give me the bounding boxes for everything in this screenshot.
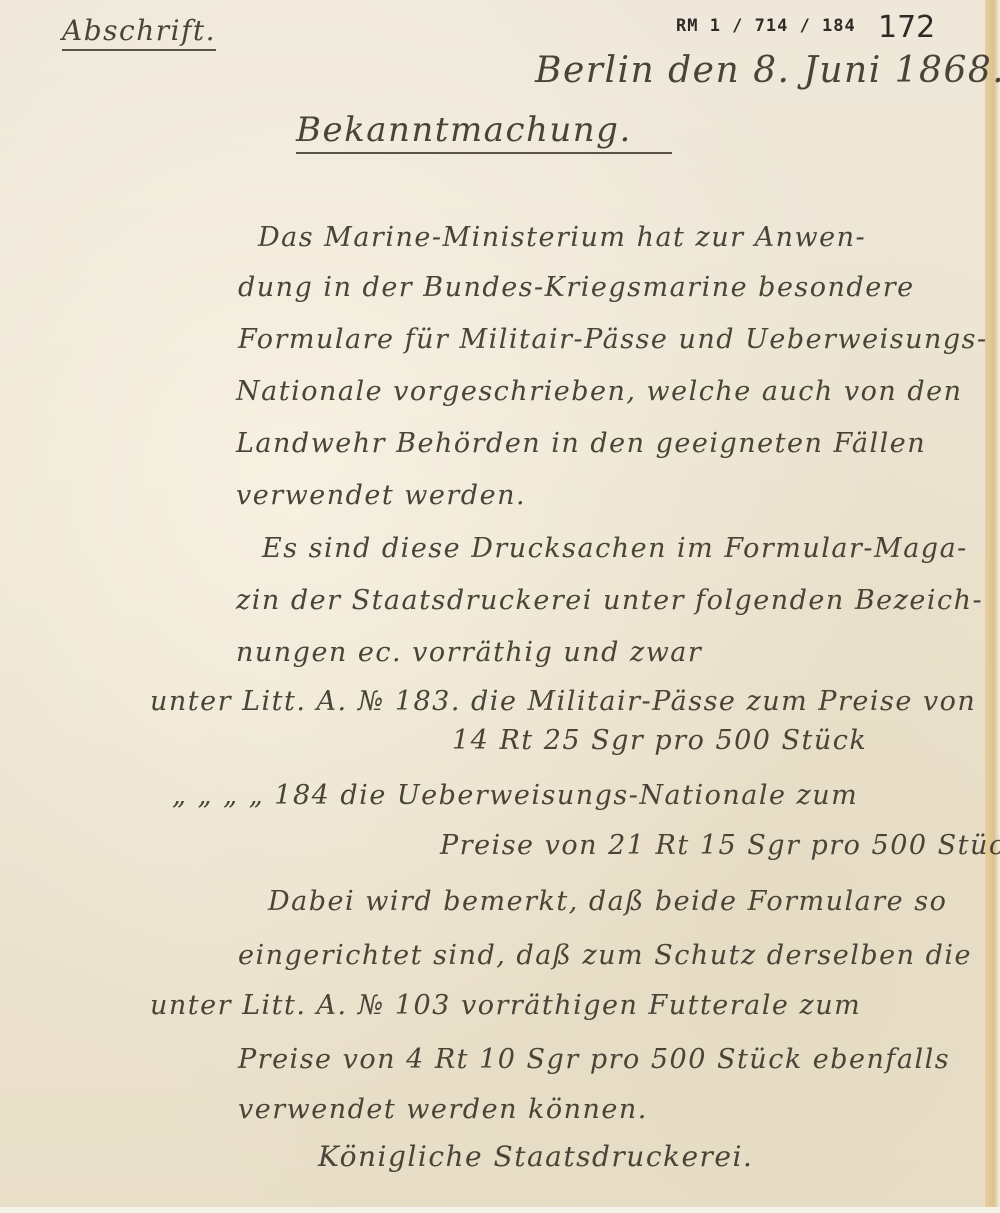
body-line: Es sind diese Drucksachen im Formular-Ma… bbox=[262, 533, 968, 564]
page-edge bbox=[985, 0, 1000, 1207]
archive-reference-stamp: RM 1 / 714 / 184 bbox=[676, 16, 856, 36]
body-line: zin der Staatsdruckerei unter folgenden … bbox=[236, 585, 983, 616]
folio-number: 172 bbox=[878, 10, 935, 45]
body-line: Nationale vorgeschrieben, welche auch vo… bbox=[236, 376, 963, 407]
body-line: verwendet werden. bbox=[236, 480, 526, 511]
place-date: Berlin den 8. Juni 1868. bbox=[535, 50, 1000, 91]
body-line: Landwehr Behörden in den geeigneten Fäll… bbox=[236, 428, 926, 459]
body-line: eingerichtet sind, daß zum Schutz dersel… bbox=[238, 940, 972, 971]
signature: Königliche Staatsdruckerei. bbox=[318, 1140, 753, 1173]
body-line: unter Litt. A. № 103 vorräthigen Futtera… bbox=[150, 990, 861, 1021]
body-line: Dabei wird bemerkt, daß beide Formulare … bbox=[268, 886, 947, 917]
copy-mark: Abschrift. bbox=[62, 14, 216, 51]
bottom-margin bbox=[0, 1207, 1000, 1213]
body-line: unter Litt. A. № 183. die Militair-Pässe… bbox=[150, 686, 976, 717]
body-line: Preise von 21 Rt 15 Sgr pro 500 Stück. bbox=[440, 830, 1000, 861]
body-line: Preise von 4 Rt 10 Sgr pro 500 Stück ebe… bbox=[238, 1044, 950, 1075]
body-line: 14 Rt 25 Sgr pro 500 Stück bbox=[452, 725, 867, 756]
document-title: Bekanntmachung. bbox=[296, 110, 672, 154]
body-line: dung in der Bundes-Kriegsmarine besonder… bbox=[238, 272, 915, 303]
body-line: „ „ „ „ 184 die Ueberweisungs-Nationale … bbox=[172, 780, 858, 811]
body-line: nungen ec. vorräthig und zwar bbox=[236, 637, 702, 668]
body-line: verwendet werden können. bbox=[238, 1094, 648, 1125]
body-line: Formulare für Militair-Pässe und Ueberwe… bbox=[238, 324, 988, 355]
body-line: Das Marine-Ministerium hat zur Anwen- bbox=[258, 222, 866, 253]
